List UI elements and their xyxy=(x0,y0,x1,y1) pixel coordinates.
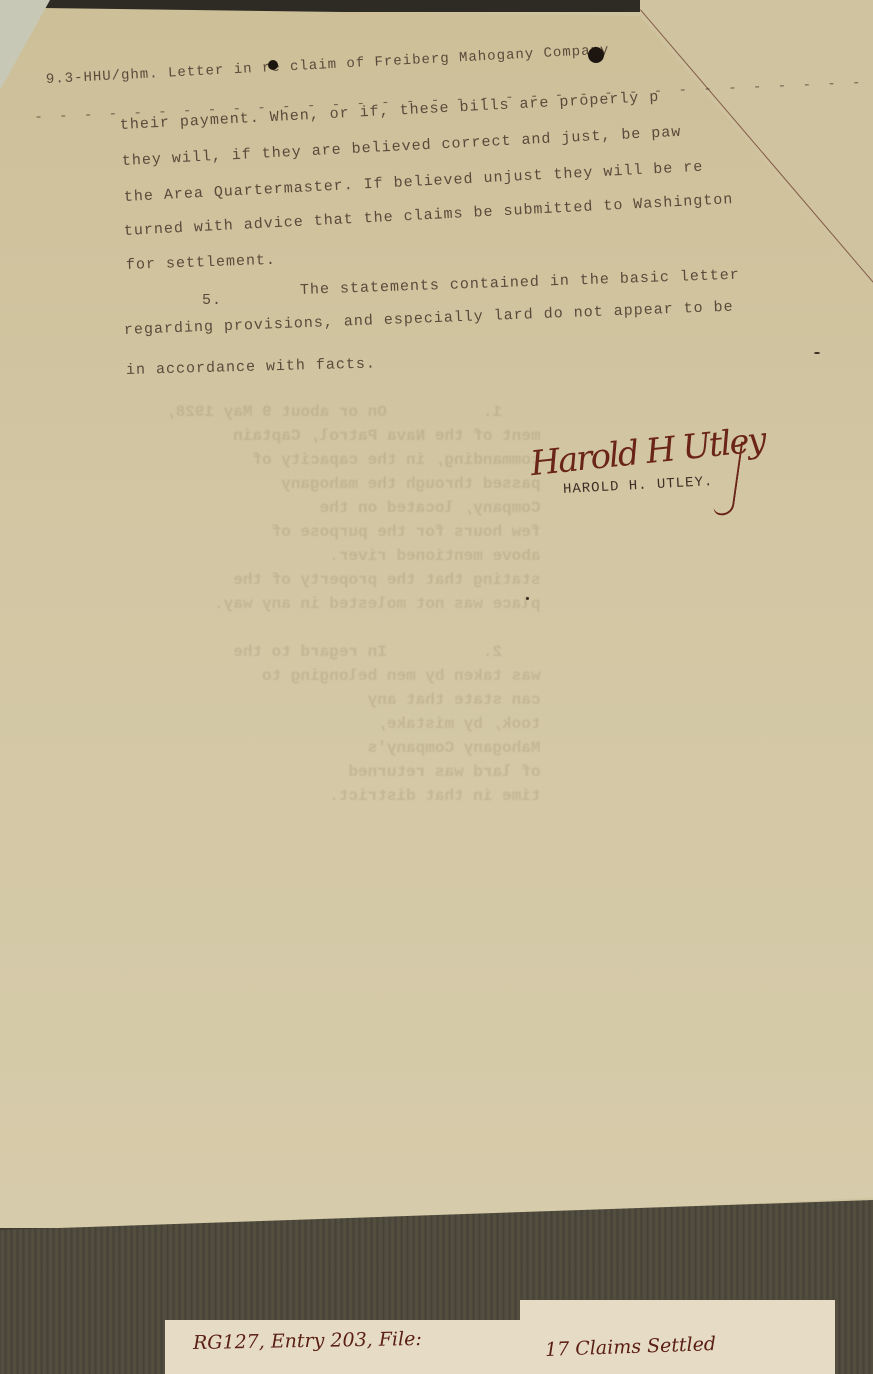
punch-hole-left xyxy=(268,60,278,70)
ink-speck xyxy=(526,597,529,600)
ink-speck xyxy=(814,352,820,354)
label-reference: RG127, Entry 203, File: xyxy=(193,1328,422,1354)
bleed-through-text: 1. On or about 9 May 1928, ment of the N… xyxy=(70,400,540,808)
document-photo: 1. On or about 9 May 1928, ment of the N… xyxy=(0,0,873,1374)
punch-hole-right xyxy=(588,47,604,63)
paragraph-5-number: 5. xyxy=(202,292,222,309)
